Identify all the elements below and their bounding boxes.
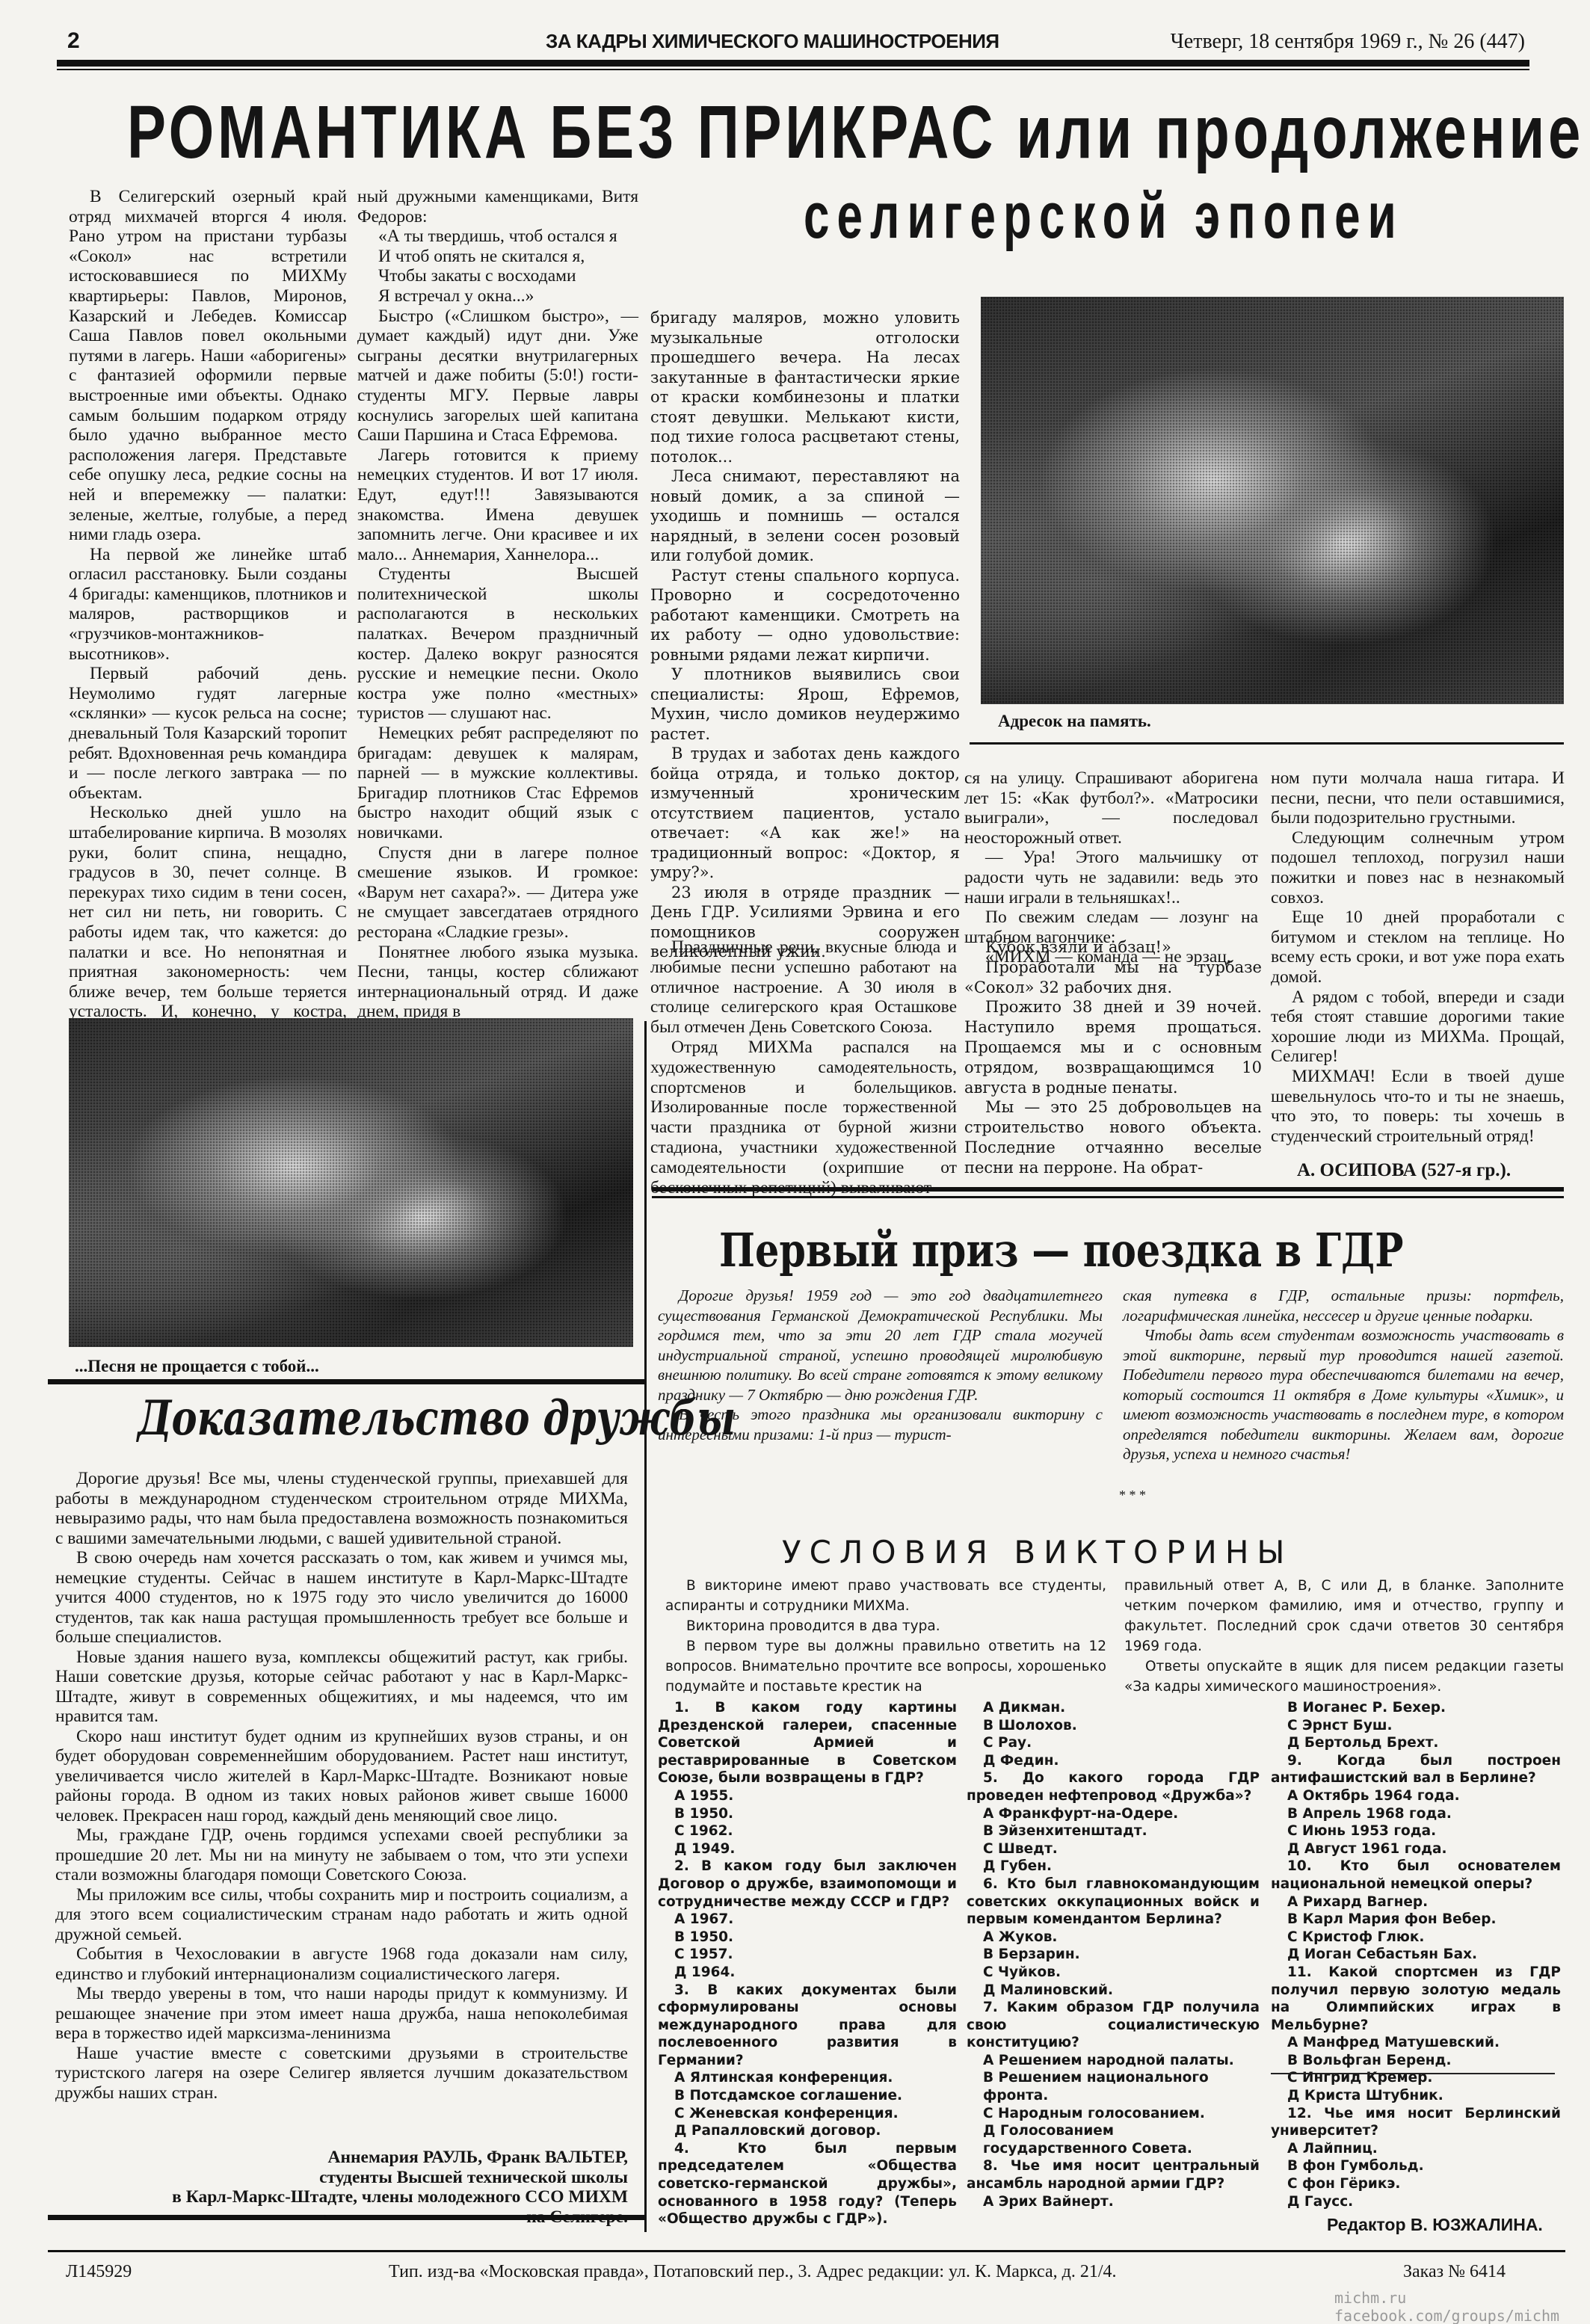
paragraph: Мы твердо уверены в том, что наши народы… [55, 1984, 628, 2044]
masthead-rule-thin [57, 69, 1529, 70]
quiz-question: 10. Кто был основателем национальной нем… [1271, 1858, 1561, 1893]
paragraph: ном пути молчала наша гитара. И песни, п… [1271, 768, 1565, 828]
masthead: 2 ЗА КАДРЫ ХИМИЧЕСКОГО МАШИНОСТРОЕНИЯ Че… [67, 28, 1525, 58]
paragraph: ская путевка в ГДР, остальные призы: пор… [1123, 1286, 1564, 1325]
quiz-option: А Октябрь 1964 года. [1271, 1787, 1561, 1805]
paragraph: Леса снимают, переставляют на новый доми… [650, 466, 960, 566]
paragraph: Чтобы дать всем студентам возможность уч… [1123, 1325, 1564, 1464]
friendship-body: Дорогие друзья! Все мы, члены студенческ… [55, 1469, 628, 2103]
paragraph: В Селигерский озерный край отряд михмаче… [69, 187, 347, 545]
divider [970, 742, 1564, 745]
paragraph: Дорогие друзья! Все мы, члены студенческ… [55, 1469, 628, 1548]
photo-caption: ...Песня не прощается с тобой... [75, 1357, 319, 1376]
quiz-option: Д 1964. [658, 1964, 957, 1982]
quiz-questions-column-3: В Иоганес Р. Бехер. С Эрнст Буш. Д Берто… [1271, 1699, 1561, 2210]
quiz-question: 9. Когда был построен антифашистский вал… [1271, 1752, 1561, 1787]
quiz-question: 11. Какой спортсмен из ГДР получил перву… [1271, 1964, 1561, 2034]
print-id: Л145929 [66, 2262, 132, 2282]
quiz-option: А Франкфурт-на-Одере. [967, 1805, 1260, 1823]
signature-line: в Карл-Маркс-Штадте, члены молодежного С… [60, 2187, 628, 2207]
paragraph: Праздничные речи, вкусные блюда и любимы… [650, 937, 957, 1038]
quiz-option: А Жуков. [967, 1929, 1260, 1947]
quiz-option: В Шолохов. [967, 1717, 1260, 1735]
quiz-title: УСЛОВИЯ ВИКТОРИНЫ [782, 1534, 1292, 1571]
article-column-1: В Селигерский озерный край отряд михмаче… [69, 187, 347, 1061]
quiz-option: С Кристоф Глюк. [1271, 1929, 1561, 1947]
paragraph: Лагерь готовится к приему немецких студе… [357, 446, 638, 565]
paragraph: В трудах и заботах день каждого бойца от… [650, 744, 960, 883]
prize-intro-right: ская путевка в ГДР, остальные призы: пор… [1123, 1286, 1564, 1464]
article-column-3: бригаду маляров, можно уловить музыкальн… [650, 308, 960, 962]
quiz-option: Д Федин. [967, 1752, 1260, 1770]
quiz-option: В Потсдамское соглашение. [658, 2087, 957, 2105]
watermark-group: facebook.com/groups/michm [1334, 2307, 1559, 2324]
quiz-option: С Чуйков. [967, 1964, 1260, 1982]
verse-line: «А ты твердишь, чтоб остался я [357, 226, 638, 247]
divider [1271, 2073, 1555, 2074]
column-divider [644, 1021, 647, 2232]
editor-credit: Редактор В. ЮЗЖАЛИНА. [1327, 2215, 1543, 2235]
paragraph: Немецких ребят распределяют по бригадам:… [357, 724, 638, 843]
quiz-option: Д Август 1961 года. [1271, 1840, 1561, 1858]
quiz-question: 2. В каком году был заключен Договор о д… [658, 1858, 957, 1911]
quiz-option: А Лайпниц. [1271, 2140, 1561, 2158]
quiz-question: 12. Чье имя носит Берлинский университет… [1271, 2105, 1561, 2140]
article-column-5: ном пути молчала наша гитара. И песни, п… [1271, 768, 1565, 1146]
quiz-option: А Манфред Матушевский. [1271, 2034, 1561, 2052]
paragraph: Ответы опускайте в ящик для писем редакц… [1124, 1656, 1564, 1697]
paragraph: Викторина проводится в два тура. [665, 1616, 1106, 1636]
verse-line: Чтобы закаты с восходами [357, 266, 638, 286]
section-divider-thin [652, 1196, 1564, 1198]
quiz-option: В Апрель 1968 года. [1271, 1805, 1561, 1823]
quiz-option: С Ингрид Кремер. [1271, 2069, 1561, 2087]
divider [48, 1379, 646, 1384]
photo-address-souvenir [981, 297, 1564, 704]
quiz-option: Д Иоган Себастьян Бах. [1271, 1946, 1561, 1964]
paragraph: МИХМАЧ! Если в твоей душе шевельнулось ч… [1271, 1067, 1565, 1146]
photo-song-group [69, 1018, 633, 1347]
paragraph: В честь этого праздника мы организовали … [658, 1405, 1103, 1444]
paragraph: Прожито 38 дней и 39 ночей. Наступило вр… [964, 997, 1262, 1097]
paragraph: Скоро наш институт будет одним из крупне… [55, 1727, 628, 1826]
paragraph: ный дружными каменщиками, Витя Федоров: [357, 187, 638, 226]
quiz-option: С Народным голосованием. [967, 2105, 1260, 2123]
paragraph: В викторине имеют право участвовать все … [665, 1576, 1106, 1616]
paragraph: Быстро («Слишком быстро», — думает кажды… [357, 306, 638, 446]
paragraph: Понятнее любого языка музыка. Песни, тан… [357, 943, 638, 1022]
printer-address: Тип. изд-ва «Московская правда», Потапов… [389, 2262, 1117, 2282]
article-author: А. ОСИПОВА (527-я гр.). [1297, 1160, 1511, 1181]
paragraph: Отряд МИХМа распался на художественную с… [650, 1038, 957, 1198]
paragraph: У плотников выявились свои специалисты: … [650, 665, 960, 744]
paragraph: В первом туре вы должны правильно ответи… [665, 1636, 1106, 1697]
order-number: Заказ № 6414 [1403, 2262, 1506, 2282]
quiz-question: 8. Чье имя носит центральный ансамбль на… [967, 2157, 1260, 2192]
article-column-4-lower: Кубок взяли и абзац!» Проработали мы на … [964, 937, 1262, 1178]
paragraph: бригаду маляров, можно уловить музыкальн… [650, 308, 960, 466]
quiz-option: В Решением национального фронта. [967, 2069, 1260, 2104]
paragraph: Еще 10 дней проработали с битумом и стек… [1271, 907, 1565, 987]
paragraph: Дорогие друзья! 1959 год — это год двадц… [658, 1286, 1103, 1405]
paragraph: Мы, граждане ГДР, очень гордимся успехам… [55, 1825, 628, 1885]
paragraph: Студенты Высшей политехнической школы ра… [357, 564, 638, 724]
paragraph: Мы приложим все силы, чтобы сохранить ми… [55, 1885, 628, 1945]
paragraph: Растут стены спального корпуса. Проворно… [650, 566, 960, 665]
paragraph: События в Чехословакии в августе 1968 го… [55, 1944, 628, 1984]
quiz-option: С 1957. [658, 1946, 957, 1964]
footer-rule [48, 2250, 1565, 2252]
quiz-option: Д Губен. [967, 1858, 1260, 1875]
page-number: 2 [67, 28, 80, 54]
signature-line: студенты Высшей технической школы [60, 2168, 628, 2188]
quiz-option: А Решением народной палаты. [967, 2052, 1260, 2070]
asterism-separator: * * * [1119, 1491, 1146, 1499]
quiz-option: С фон Гёрикэ. [1271, 2175, 1561, 2193]
verse-line: И чтоб опять не скитался я, [357, 247, 638, 267]
quiz-option: В Вольфган Беренд. [1271, 2052, 1561, 2070]
quiz-option: С Эрнст Буш. [1271, 1717, 1561, 1735]
paragraph: На первой же линейке штаб огласил расста… [69, 545, 347, 665]
quiz-question: 5. До какого города ГДР проведен нефтепр… [967, 1769, 1260, 1804]
quiz-question: 6. Кто был главнокомандующим советских о… [967, 1875, 1260, 1929]
quiz-option: Д 1949. [658, 1840, 957, 1858]
quiz-option: Д Бертольд Брехт. [1271, 1734, 1561, 1752]
quiz-option: В Карл Мария фон Вебер. [1271, 1911, 1561, 1929]
issue-date: Четверг, 18 сентября 1969 г., № 26 (447) [1171, 30, 1525, 54]
main-headline: РОМАНТИКА БЕЗ ПРИКРАС или продолжение [127, 90, 1584, 176]
prize-title: Первый приз — поездка в ГДР [719, 1223, 1403, 1277]
quiz-option: С Женевская конференция. [658, 2105, 957, 2123]
divider [48, 2215, 646, 2220]
quiz-option: В 1950. [658, 1805, 957, 1823]
quiz-option: Д Криста Штубник. [1271, 2087, 1561, 2105]
quiz-question: 1. В каком году картины Дрезденской гале… [658, 1699, 957, 1787]
quiz-option: С Июнь 1953 года. [1271, 1822, 1561, 1840]
paragraph: правильный ответ А, В, С или Д, в бланке… [1124, 1576, 1564, 1656]
quiz-option: В 1950. [658, 1929, 957, 1947]
paragraph: Мы — это 25 добровольцев на строительств… [964, 1097, 1262, 1177]
quiz-option: А Дикман. [967, 1699, 1260, 1717]
quiz-questions-column-2: А Дикман. В Шолохов. С Рау. Д Федин. 5. … [967, 1699, 1260, 2210]
paragraph: В свою очередь нам хочется рассказать о … [55, 1548, 628, 1648]
paragraph: Наше участие вместе с советскими друзьям… [55, 2044, 628, 2103]
article-column-3-lower: Праздничные речи, вкусные блюда и любимы… [650, 937, 957, 1198]
paragraph: Новые здания нашего вуза, комплексы обще… [55, 1648, 628, 1727]
article-column-2: ный дружными каменщиками, Витя Федоров: … [357, 187, 638, 1022]
quiz-option: С 1962. [658, 1822, 957, 1840]
newspaper-title: ЗА КАДРЫ ХИМИЧЕСКОГО МАШИНОСТРОЕНИЯ [546, 30, 999, 53]
quiz-option: В Иоганес Р. Бехер. [1271, 1699, 1561, 1717]
paragraph: Проработали мы на турбазе «Сокол» 32 раб… [964, 958, 1262, 998]
quiz-option: Д Рапалловский договор. [658, 2122, 957, 2140]
quiz-option: С Рау. [967, 1734, 1260, 1752]
friendship-title: Доказательство дружбы [138, 1390, 736, 1446]
quiz-option: А 1955. [658, 1787, 957, 1805]
quiz-option: А Эрих Вайнерт. [967, 2193, 1260, 2211]
quiz-rules-right: правильный ответ А, В, С или Д, в бланке… [1124, 1576, 1564, 1697]
paragraph: Следующим солнечным утром подошел теплох… [1271, 828, 1565, 907]
quiz-option: А Рихард Вагнер. [1271, 1893, 1561, 1911]
watermark-site: michm.ru [1334, 2289, 1406, 2307]
prize-intro-left: Дорогие друзья! 1959 год — это год двадц… [658, 1286, 1103, 1444]
quiz-question: 7. Каким образом ГДР получила свою социа… [967, 1999, 1260, 2052]
quiz-option: Д Голосованием государственного Совета. [967, 2122, 1260, 2157]
quiz-option: В Берзарин. [967, 1946, 1260, 1964]
quiz-rules-left: В викторине имеют право участвовать все … [665, 1576, 1106, 1697]
quiz-option: В Эйзенхитенштадт. [967, 1822, 1260, 1840]
verse-line: Я встречал у окна...» [357, 286, 638, 306]
quiz-option: Д Гаусс. [1271, 2193, 1561, 2211]
quiz-question: 3. В каких документах были сформулирован… [658, 1982, 957, 2070]
quiz-option: Д Малиновский. [967, 1982, 1260, 2000]
quiz-option: А Ялтинская конференция. [658, 2069, 957, 2087]
quiz-option: С Шведт. [967, 1840, 1260, 1858]
verse-line: Кубок взяли и абзац!» [964, 937, 1262, 958]
signature-line: Аннемария РАУЛЬ, Франк ВАЛЬТЕР, [60, 2148, 628, 2168]
quiz-question: 4. Кто был первым председателем «Обществ… [658, 2140, 957, 2228]
quiz-option: А 1967. [658, 1911, 957, 1929]
quiz-option: В фон Гумбольд. [1271, 2157, 1561, 2175]
masthead-rule [57, 60, 1529, 67]
section-divider [652, 1187, 1564, 1192]
main-subheadline: селигерской эпопеи [804, 179, 1404, 253]
paragraph: Спустя дни в лагере полное смешение язык… [357, 843, 638, 943]
photo-caption: Адресок на память. [998, 712, 1151, 731]
paragraph: — Ура! Этого мальчишку от радости чуть н… [964, 848, 1258, 907]
paragraph: Первый рабочий день. Неумолимо гудят лаг… [69, 664, 347, 803]
quiz-questions-column-1: 1. В каком году картины Дрезденской гале… [658, 1699, 957, 2228]
paragraph: ся на улицу. Спрашивают аборигена лет 15… [964, 768, 1258, 848]
paragraph: А рядом с тобой, впереди и сзади тебя ст… [1271, 987, 1565, 1067]
